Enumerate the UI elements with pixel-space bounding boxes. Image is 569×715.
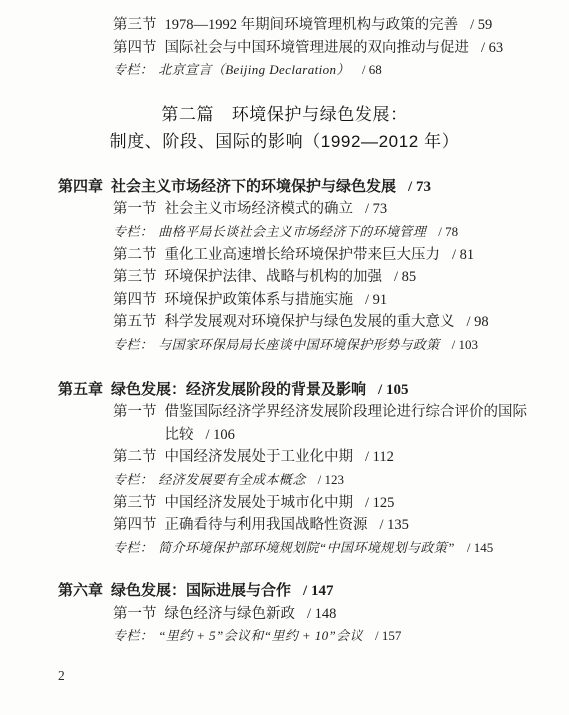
part-title: 第二篇 环境保护与绿色发展： 制度、阶段、国际的影响（1992—2012 年） — [0, 101, 569, 156]
entry-label: 第四节 — [113, 514, 157, 537]
toc-entry-column: 专栏： 经济发展要有全成本概念/ 123 — [0, 469, 569, 492]
toc-entry-section: 第四节 国际社会与中国环境管理进展的双向推动与促进/ 63 — [0, 37, 569, 60]
entry-title: 简介环境保护部环境规划院“中国环境规划与政策” — [158, 540, 455, 555]
chapter-label: 第六章 — [58, 580, 103, 603]
toc-entry-column: 专栏： 北京宣言（Beijing Declaration）/ 68 — [0, 59, 569, 82]
entry-label: 第四节 — [113, 289, 157, 312]
toc-entry-section: 第四节 正确看待与利用我国战略性资源/ 135 — [0, 514, 569, 537]
chapter-page-ref: / 105 — [378, 382, 408, 398]
entry-title: 曲格平局长谈社会主义市场经济下的环境管理 — [158, 224, 426, 239]
chapter-heading: 第六章 绿色发展：国际进展与合作/ 147 — [0, 580, 569, 603]
entry-title: 北京宣言（Beijing Declaration） — [158, 62, 350, 77]
entry-page-ref: / 63 — [481, 40, 503, 56]
toc-page: 第三节 1978—1992 年期间环境管理机构与政策的完善/ 59 第四节 国际… — [0, 0, 569, 715]
entry-title: 正确看待与利用我国战略性资源 — [165, 517, 368, 533]
entry-title: 1978—1992 年期间环境管理机构与政策的完善 — [165, 17, 459, 33]
entry-label: 第三节 — [113, 14, 157, 37]
chapter-block: 第六章 绿色发展：国际进展与合作/ 147 第一节 绿色经济与绿色新政/ 148… — [0, 580, 569, 648]
entry-page-ref: / 112 — [365, 449, 394, 465]
entry-page-ref: / 135 — [380, 517, 409, 533]
entry-label: 专栏： — [113, 221, 153, 244]
chapter-page-ref: / 73 — [408, 179, 431, 195]
chapter-block: 第五章 绿色发展：经济发展阶段的背景及影响/ 105 第一节 借鉴国际经济学界经… — [0, 379, 569, 560]
toc-entry-section: 第五节 科学发展观对环境保护与绿色发展的重大意义/ 98 — [0, 311, 569, 334]
entry-page-ref: / 78 — [438, 224, 458, 239]
entry-page-ref: / 91 — [365, 292, 387, 308]
entry-label: 专栏： — [113, 537, 153, 560]
chapter-title: 绿色发展：国际进展与合作 — [111, 583, 291, 599]
entry-label: 第一节 — [113, 198, 157, 221]
entry-page-ref: / 59 — [470, 17, 492, 33]
entry-page-ref: / 103 — [452, 337, 478, 352]
entry-page-ref: / 68 — [362, 62, 382, 77]
entry-title: 绿色经济与绿色新政 — [165, 606, 296, 622]
chapter-heading: 第四章 社会主义市场经济下的环境保护与绿色发展/ 73 — [0, 176, 569, 199]
entry-page-ref: / 73 — [365, 201, 387, 217]
entry-page-ref: / 85 — [394, 269, 416, 285]
entry-label: 专栏： — [113, 59, 153, 82]
entry-label: 第二节 — [113, 446, 157, 469]
entry-page-ref: / 125 — [365, 495, 394, 511]
toc-entry-section: 第三节 中国经济发展处于城市化中期/ 125 — [0, 492, 569, 515]
toc-entry-section: 第一节 借鉴国际经济学界经济发展阶段理论进行综合评价的国际比较/ 106 — [0, 401, 569, 446]
entry-page-ref: / 81 — [452, 247, 474, 263]
toc-entry-section: 第一节 绿色经济与绿色新政/ 148 — [0, 603, 569, 626]
chapter-label: 第五章 — [58, 379, 103, 402]
chapter-title: 社会主义市场经济下的环境保护与绿色发展 — [111, 179, 396, 195]
entry-title: 与国家环保局局长座谈中国环境保护形势与政策 — [158, 337, 439, 352]
entry-label: 第一节 — [113, 401, 157, 424]
entry-label: 专栏： — [113, 334, 153, 357]
entry-title: 社会主义市场经济模式的确立 — [165, 201, 354, 217]
entry-page-ref: / 145 — [467, 540, 493, 555]
entry-title: 经济发展要有全成本概念 — [158, 472, 305, 487]
entry-label: 第四节 — [113, 37, 157, 60]
entry-title: 国际社会与中国环境管理进展的双向推动与促进 — [165, 40, 470, 56]
toc-entry-section: 第三节 1978—1992 年期间环境管理机构与政策的完善/ 59 — [0, 14, 569, 37]
entry-title: 重化工业高速增长给环境保护带来巨大压力 — [165, 247, 441, 263]
toc-entry-section: 第四节 环境保护政策体系与措施实施/ 91 — [0, 289, 569, 312]
entry-label: 第五节 — [113, 311, 157, 334]
toc-entry-column: 专栏： 简介环境保护部环境规划院“中国环境规划与政策”/ 145 — [0, 537, 569, 560]
entry-label: 第三节 — [113, 492, 157, 515]
entry-label: 第二节 — [113, 244, 157, 267]
entry-label: 第三节 — [113, 266, 157, 289]
toc-entry-column: 专栏： 曲格平局长谈社会主义市场经济下的环境管理/ 78 — [0, 221, 569, 244]
entry-page-ref: / 123 — [318, 472, 344, 487]
entry-label: 专栏： — [113, 469, 153, 492]
part-title-line2: 制度、阶段、国际的影响（1992—2012 年） — [0, 128, 569, 156]
entry-page-ref: / 98 — [467, 314, 489, 330]
toc-content: 第三节 1978—1992 年期间环境管理机构与政策的完善/ 59 第四节 国际… — [0, 0, 569, 648]
entry-title: 科学发展观对环境保护与绿色发展的重大意义 — [165, 314, 455, 330]
chapter-page-ref: / 147 — [303, 583, 333, 599]
entry-title: “里约 + 5”会议和“里约 + 10”会议 — [158, 628, 363, 643]
entry-title: 环境保护法律、战略与机构的加强 — [165, 269, 383, 285]
entry-page-ref: / 148 — [307, 606, 336, 622]
entry-label: 第一节 — [113, 603, 157, 626]
toc-entry-column: 专栏： “里约 + 5”会议和“里约 + 10”会议/ 157 — [0, 625, 569, 648]
toc-entry-section: 第一节 社会主义市场经济模式的确立/ 73 — [0, 198, 569, 221]
chapter-heading: 第五章 绿色发展：经济发展阶段的背景及影响/ 105 — [0, 379, 569, 402]
entry-page-ref: / 106 — [206, 427, 235, 443]
entry-title: 中国经济发展处于工业化中期 — [165, 449, 354, 465]
chapter-label: 第四章 — [58, 176, 103, 199]
toc-entry-section: 第二节 中国经济发展处于工业化中期/ 112 — [0, 446, 569, 469]
entry-title: 环境保护政策体系与措施实施 — [165, 292, 354, 308]
toc-entry-section: 第三节 环境保护法律、战略与机构的加强/ 85 — [0, 266, 569, 289]
part-title-line1: 第二篇 环境保护与绿色发展： — [0, 101, 569, 129]
page-number: 2 — [58, 668, 65, 684]
chapter-title: 绿色发展：经济发展阶段的背景及影响 — [111, 382, 366, 398]
entry-page-ref: / 157 — [375, 628, 401, 643]
chapter-block: 第四章 社会主义市场经济下的环境保护与绿色发展/ 73 第一节 社会主义市场经济… — [0, 176, 569, 357]
entry-title: 中国经济发展处于城市化中期 — [165, 495, 354, 511]
entry-label: 专栏： — [113, 625, 153, 648]
toc-entry-column: 专栏： 与国家环保局局长座谈中国环境保护形势与政策/ 103 — [0, 334, 569, 357]
toc-entry-section: 第二节 重化工业高速增长给环境保护带来巨大压力/ 81 — [0, 244, 569, 267]
